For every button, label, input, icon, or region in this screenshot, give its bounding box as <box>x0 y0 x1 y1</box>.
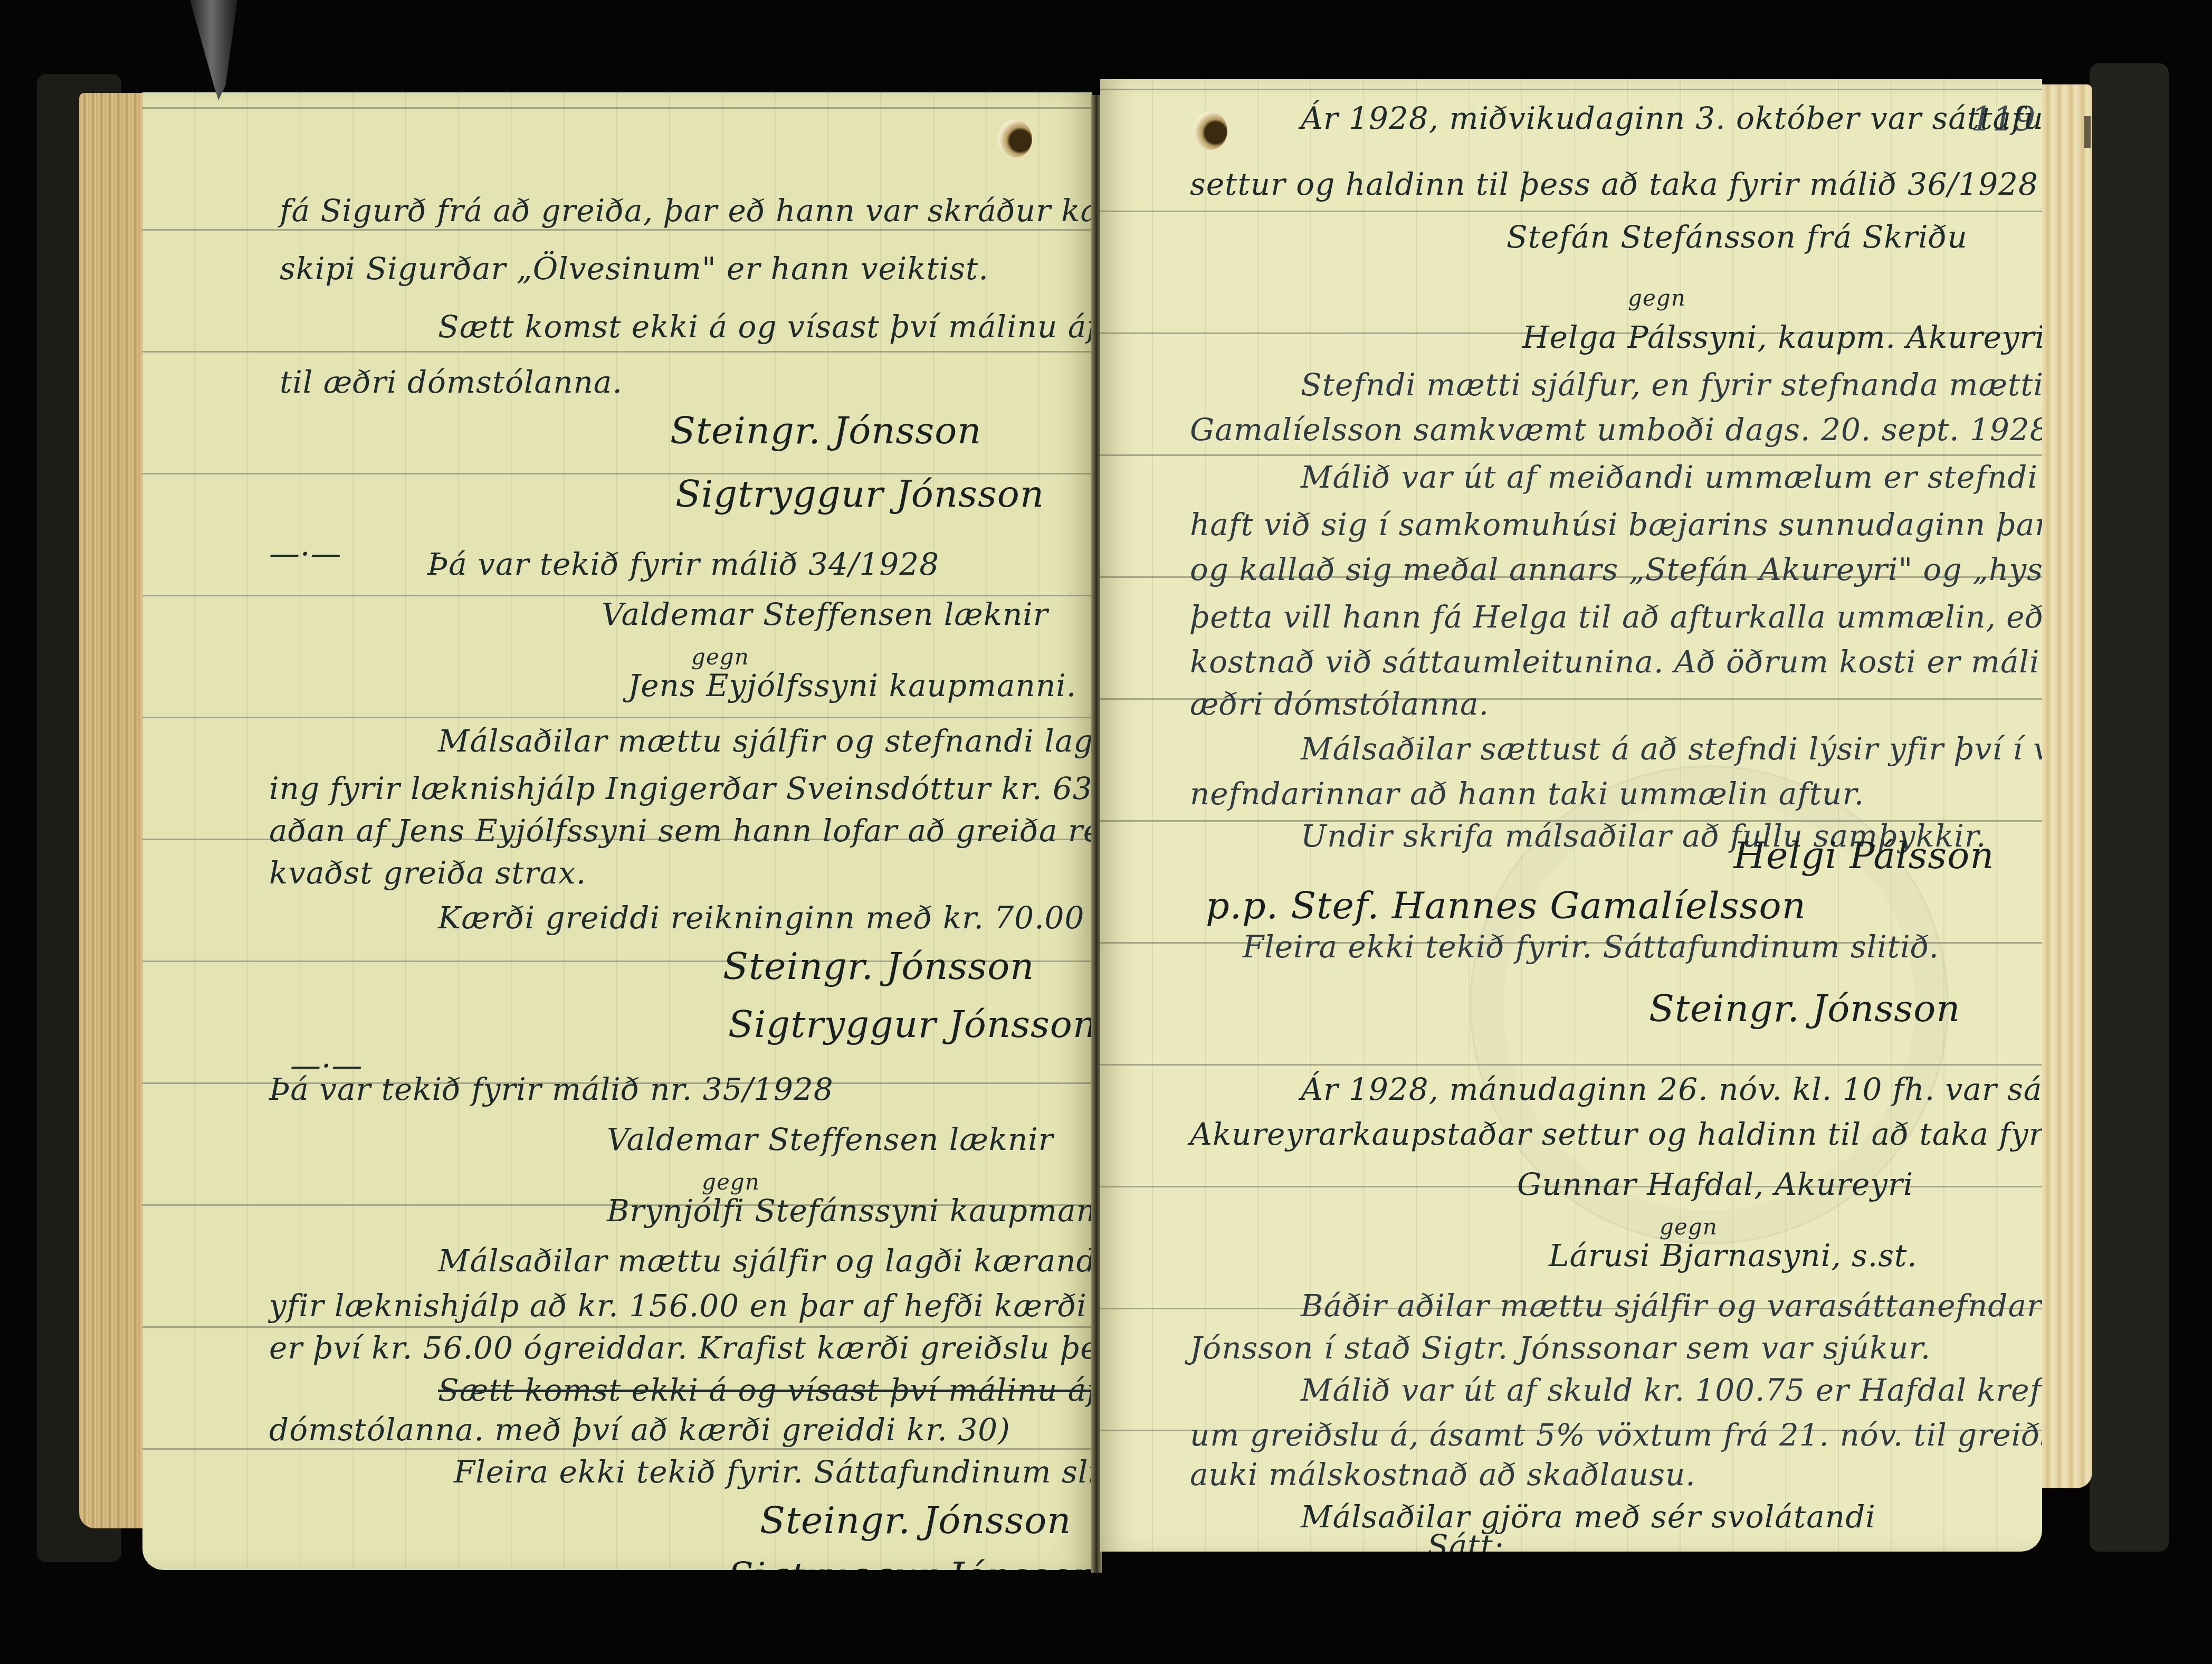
body-line: kvaðst greiða strax. <box>269 855 586 891</box>
judge-signature: Steingr. Jónsson <box>1649 987 1960 1030</box>
book-cover-right <box>2090 63 2169 1552</box>
closing-line: Fleira ekki tekið fyrir. Sáttafundinum s… <box>454 1454 1092 1490</box>
body-line: Jónsson í stað Sigtr. Jónssonar sem var … <box>1190 1330 1931 1366</box>
body-line: haft við sig í samkomuhúsi bæjarins sunn… <box>1190 507 2042 543</box>
body-line: Gamalíelsson samkvæmt umboði dags. 20. s… <box>1190 412 2042 448</box>
right-page: 119 Ár 1928, miðvikudaginn 3. október va… <box>1100 79 2042 1552</box>
body-line: Málið var út af meiðandi ummælum er stef… <box>1301 459 2042 495</box>
body-line: Málsaðilar sættust á að stefndi lýsir yf… <box>1301 731 2042 767</box>
body-line: auki málskostnað að skaðlausu. <box>1190 1457 1696 1492</box>
body-line: um greiðslu á, ásamt 5% vöxtum frá 21. n… <box>1190 1417 2042 1453</box>
body-line: þetta vill hann fá Helga til að afturkal… <box>1190 599 2042 635</box>
punch-hole <box>997 119 1033 159</box>
defendant-signature: Helgi Pálsson <box>1733 834 1994 877</box>
case-heading: Þá var tekið fyrir málið nr. 35/1928 <box>269 1071 834 1107</box>
versus: gegn <box>1660 1214 1718 1240</box>
body-line: nefndarinnar að hann taki ummælin aftur. <box>1190 776 1864 812</box>
witness-signature: Sigtryggur Jónsson <box>728 1554 1092 1570</box>
case-intro: Ár 1928, mánudaginn 26. nóv. kl. 10 fh. … <box>1301 1071 2042 1107</box>
body-line: Málsaðilar mættu sjálfir og stefnandi la… <box>438 723 1092 759</box>
judge-signature: Steingr. Jónsson <box>670 409 981 452</box>
case-intro: settur og haldinn til þess að taka fyrir… <box>1190 166 2038 202</box>
case-intro: Ár 1928, miðvikudaginn 3. október var sá… <box>1301 100 2042 136</box>
plaintiff: Stefán Stefánsson frá Skriðu <box>1507 219 1968 255</box>
body-line: yfir læknishjálp að kr. 156.00 en þar af… <box>269 1288 1092 1324</box>
body-line: Málið var út af skuld kr. 100.75 er Hafd… <box>1301 1372 2042 1408</box>
defendant: Jens Eyjólfssyni kaupmanni. <box>628 668 1076 703</box>
plaintiff: Valdemar Steffensen læknir <box>602 596 1048 632</box>
body-line: aðan af Jens Eyjólfssyni sem hann lofar … <box>269 813 1092 849</box>
plaintiff: Valdemar Steffensen læknir <box>607 1121 1054 1157</box>
text-line: skipi Sigurðar „Ölvesinum" er hann veikt… <box>280 251 989 287</box>
body-line: Málsaðilar mættu sjálfir og lagði kærand… <box>438 1243 1092 1279</box>
defendant: Brynjólfi Stefánssyni kaupmanni. <box>607 1193 1092 1229</box>
versus: gegn <box>691 644 749 670</box>
witness-signature: Sigtryggur Jónsson <box>728 1003 1092 1046</box>
case-intro: Akureyrarkaupstaðar settur og haldinn ti… <box>1190 1116 2042 1152</box>
body-line: Kærði greiddi reikninginn með kr. 70.00 <box>438 900 1084 936</box>
plaintiff-representative-signature: p.p. Stef. Hannes Gamalíelsson <box>1206 884 1806 927</box>
punch-hole <box>1193 111 1228 151</box>
judge-signature: Steingr. Jónsson <box>723 945 1034 988</box>
left-page: fá Sigurð frá að greiða, þar eð hann var… <box>142 92 1092 1570</box>
text-line: til æðri dómstólanna. <box>280 364 623 400</box>
page-weight-knife <box>190 0 237 100</box>
versus: gegn <box>702 1169 760 1195</box>
ink-stain <box>2084 116 2091 148</box>
text-line: Sætt komst ekki á og vísast því málinu á… <box>438 309 1092 345</box>
body-line: æðri dómstólanna. <box>1190 686 1489 722</box>
judge-signature: Steingr. Jónsson <box>760 1499 1071 1542</box>
case-heading: Þá var tekið fyrir málið 34/1928 <box>427 546 939 582</box>
versus: gegn <box>1628 285 1686 311</box>
body-line: Málsaðilar gjöra með sér svolátandi <box>1301 1499 1876 1535</box>
text-line: fá Sigurð frá að greiða, þar eð hann var… <box>280 193 1092 229</box>
defendant: Lárusi Bjarnasyni, s.st. <box>1549 1238 1918 1273</box>
plaintiff: Gunnar Hafdal, Akureyri <box>1517 1166 1913 1202</box>
defendant: Helga Pálssyni, kaupm. Akureyri. <box>1522 319 2042 355</box>
struck-body-line: Sætt komst ekki á og vísast því málinu á… <box>438 1372 1092 1408</box>
page-fore-edge-left <box>79 93 148 1528</box>
closing-line: Fleira ekki tekið fyrir. Sáttafundinum s… <box>1243 929 1939 965</box>
settlement-heading: Sátt: <box>1427 1528 1504 1552</box>
body-line: Stefndi mætti sjálfur, en fyrir stefnand… <box>1301 367 2042 403</box>
body-line: dómstólanna. með því að kærði greiddi kr… <box>269 1412 1010 1448</box>
separator: —·— <box>269 536 341 572</box>
body-line: er því kr. 56.00 ógreiddar. Krafist kærð… <box>269 1330 1092 1366</box>
body-line: Báðir aðilar mættu sjálfir og varasáttan… <box>1301 1288 2042 1324</box>
body-line: og kallað sig meðal annars „Stefán Akure… <box>1190 552 2042 587</box>
body-line: ing fyrir læknishjálp Ingigerðar Sveinsd… <box>269 771 1092 806</box>
witness-signature: Sigtryggur Jónsson <box>675 472 1044 516</box>
body-line: kostnað við sáttaumleitunina. Að öðrum k… <box>1190 644 2042 680</box>
